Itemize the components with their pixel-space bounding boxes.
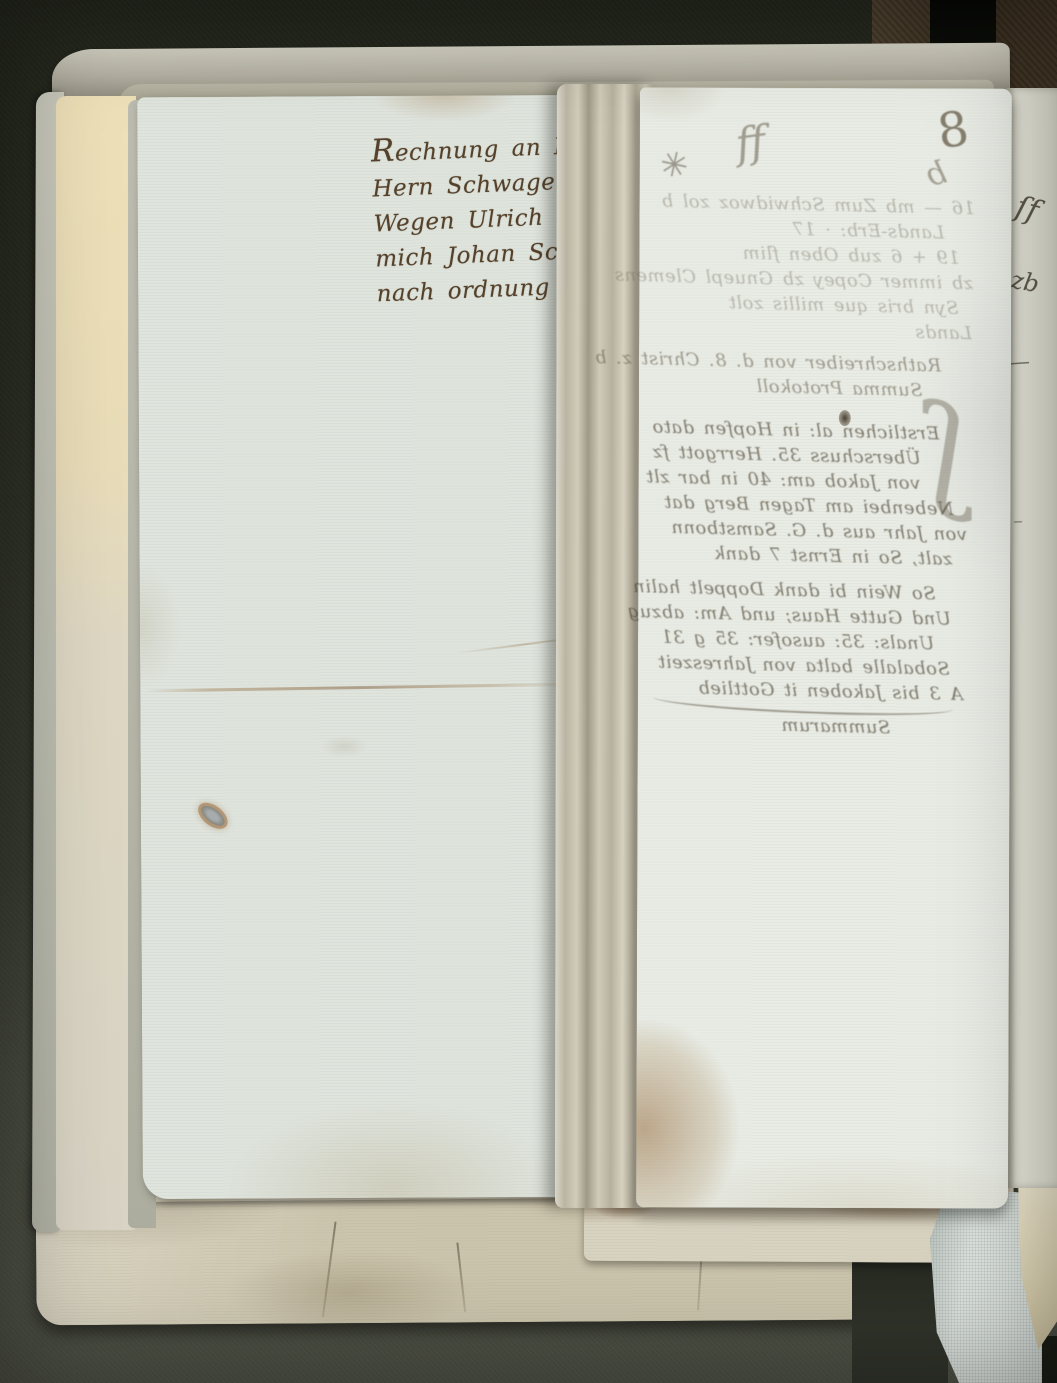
fold-crease bbox=[146, 683, 586, 693]
ink-fragment: zb bbox=[1009, 266, 1041, 298]
left-page: Rechnung an Meine Hern Schwager Hren Weg… bbox=[137, 95, 595, 1199]
right-page: 8 b ✳ ff ʃ 16 — mb Zum Schwidwoz zol b L… bbox=[636, 87, 1012, 1208]
paper-crack bbox=[322, 1222, 337, 1317]
ink-corrosion-hole bbox=[198, 802, 229, 830]
ink-flourish: ff bbox=[733, 116, 769, 169]
ink-fragment: ſf bbox=[1012, 190, 1043, 230]
paper-crack bbox=[456, 1243, 466, 1313]
bleedthrough-text-block: ʃ 16 — mb Zum Schwidwoz zol b Lands-Erb:… bbox=[610, 188, 975, 742]
tall-flourish-stroke: ʃ bbox=[919, 390, 974, 512]
bleedthrough-page-number: 8 bbox=[934, 100, 973, 160]
next-leaf-strip: ſf zb — – bbox=[1006, 88, 1057, 1188]
archive-book-photo: Rechnung an Meine Hern Schwager Hren Weg… bbox=[0, 0, 1057, 1383]
ink-fragment: – bbox=[1013, 508, 1024, 532]
left-cream-page-edge bbox=[56, 96, 136, 1230]
star-doodle: ✳ bbox=[656, 143, 692, 188]
